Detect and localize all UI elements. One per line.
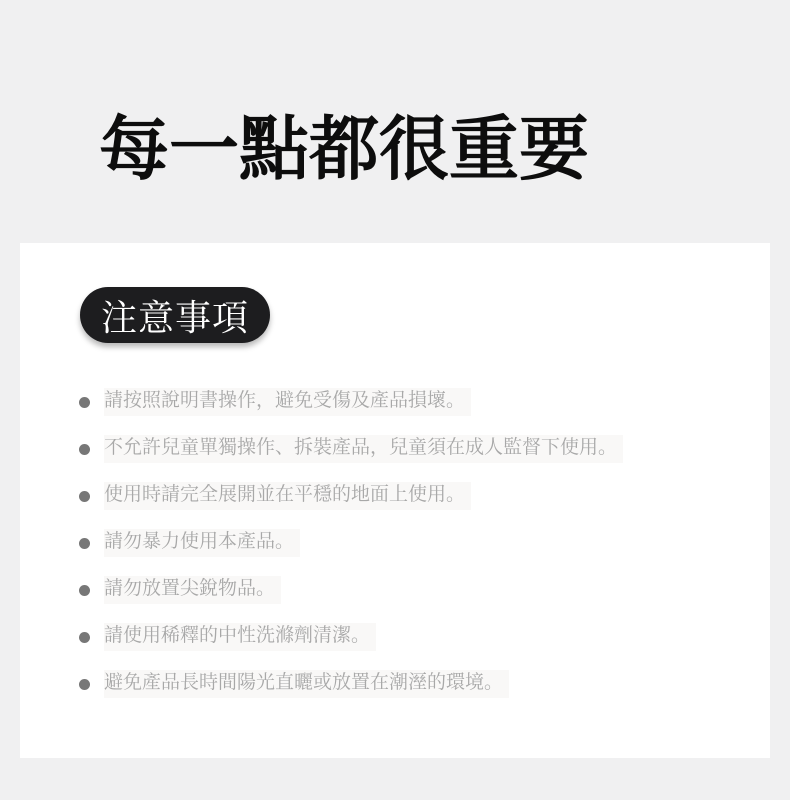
- bullet-icon: [79, 491, 90, 502]
- list-item: 請勿放置尖銳物品。: [79, 578, 623, 602]
- list-item: 不允許兒童單獨操作、拆裝產品，兒童須在成人監督下使用。: [79, 437, 623, 461]
- bullet-icon: [79, 585, 90, 596]
- notice-card: 注意事項 請按照說明書操作，避免受傷及產品損壞。 不允許兒童單獨操作、拆裝產品，…: [20, 243, 770, 758]
- notice-badge-label: 注意事項: [101, 290, 249, 341]
- notice-item-text: 使用時請完全展開並在平穩的地面上使用。: [104, 482, 471, 510]
- notice-item-text: 請按照說明書操作，避免受傷及產品損壞。: [104, 388, 471, 416]
- notice-badge: 注意事項: [80, 287, 270, 343]
- list-item: 請勿暴力使用本產品。: [79, 531, 623, 555]
- list-item: 請按照說明書操作，避免受傷及產品損壞。: [79, 390, 623, 414]
- notice-list: 請按照說明書操作，避免受傷及產品損壞。 不允許兒童單獨操作、拆裝產品，兒童須在成…: [79, 390, 623, 719]
- notice-item-text: 請勿暴力使用本產品。: [104, 529, 300, 557]
- bullet-icon: [79, 632, 90, 643]
- list-item: 使用時請完全展開並在平穩的地面上使用。: [79, 484, 623, 508]
- list-item: 請使用稀釋的中性洗滌劑清潔。: [79, 625, 623, 649]
- product-detail-page: 每一點都很重要 注意事項 請按照說明書操作，避免受傷及產品損壞。 不允許兒童單獨…: [0, 0, 790, 800]
- notice-item-text: 請勿放置尖銳物品。: [104, 576, 281, 604]
- notice-item-text: 不允許兒童單獨操作、拆裝產品，兒童須在成人監督下使用。: [104, 435, 623, 463]
- bullet-icon: [79, 679, 90, 690]
- bullet-icon: [79, 397, 90, 408]
- notice-item-text: 避免產品長時間陽光直曬或放置在潮溼的環境。: [104, 670, 509, 698]
- bullet-icon: [79, 444, 90, 455]
- list-item: 避免產品長時間陽光直曬或放置在潮溼的環境。: [79, 672, 623, 696]
- page-title: 每一點都很重要: [99, 112, 589, 186]
- bullet-icon: [79, 538, 90, 549]
- notice-item-text: 請使用稀釋的中性洗滌劑清潔。: [104, 623, 376, 651]
